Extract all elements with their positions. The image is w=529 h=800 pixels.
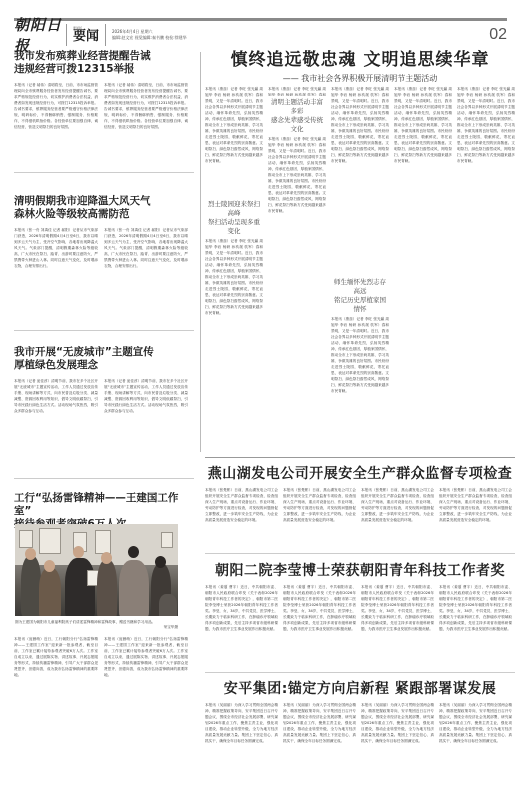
article-body: 本报讯（记者 郝伟）清明将至，日前，市市场监督管理局向全市殡葬服务经营者发布经营… <box>104 82 188 166</box>
photo-head <box>155 556 166 568</box>
photo-frame <box>39 528 61 554</box>
divider <box>14 172 194 173</box>
article-anping[interactable]: 安平集团:锚定方向启新程 紧跟部署谋发展 本报讯（吴丽丽）为深入学习贯彻全国两会… <box>205 678 515 800</box>
article-main[interactable]: 慎终追远敬忠魂 文明追思续华章 —— 我市社会各界积极开展清明节主题活动 <box>205 45 515 84</box>
masthead: 朝阳日报 要闻版 要闻 2026年4月4日 星期六 编辑:赵文宏 视觉编辑:秦书… <box>14 23 507 47</box>
article-body: 本报讯（姜蔓 曹宇）近日，中共朝阳市委、朝阳市人民政府联合印发《关于表彰2026… <box>361 584 434 669</box>
photo-caption-block: 图为王建国为朝阳市儿童福利院孩子们讲述雷锋精神和雷锋故事，赠送书籍和学习用品。 … <box>15 619 178 630</box>
article-yanshan[interactable]: 燕山湖发电公司开展安全生产群众监督专项检查 本报讯（张楚彬）日前，燕山湖发电公司… <box>205 463 515 545</box>
article-body: 本报讯（张一舟 刘禹佳 记者 郝阳）记者从市气象部门获悉，2026年清明假期4月… <box>14 227 98 327</box>
photo-head <box>73 546 84 558</box>
photo-person <box>65 558 95 616</box>
article-body: 本报讯（姜蔓 曹宇）近日，中共朝阳市委、朝阳市人民政府联合印发《关于表彰2026… <box>439 584 512 669</box>
article-headline: 工行“弘扬雷锋精神——王建国工作室” <box>14 492 194 518</box>
article-body: 本报讯（庞薇萌）近日，工行朝阳分行“弘扬雷锋精神——王建国工作室”迎来新一批参观… <box>14 636 98 786</box>
photo-person <box>39 568 61 616</box>
divider <box>205 457 515 458</box>
article-body: 本报讯（记者 郝伟）清明将至，日前，市市场监督管理局向全市殡葬服务经营者发布经营… <box>14 82 98 166</box>
article-headline: 我市开展“无废城市”主题宣传 <box>14 346 194 359</box>
article-body: 本报讯（姜蔓 曹宇）近日，中共朝阳市委、朝阳市人民政府联合印发《关于表彰2026… <box>205 584 278 669</box>
photo-head <box>25 548 36 560</box>
article-body: 本报讯（姜蔓 曹宇）近日，中共朝阳市委、朝阳市人民政府联合印发《关于表彰2026… <box>283 584 356 669</box>
article-body: 本报讯（记者 庞佳淳）清明节前，我市在多个社区开展“无废城市”主题宣传活动，工作… <box>14 378 98 468</box>
article-headline: 违规经营可拨12315举报 <box>14 63 194 76</box>
article-body: 本报讯（张楚彬）日前，燕山湖发电公司工会组织开展安全生产群众监督专项检查，检查组… <box>205 487 278 545</box>
article-body: 本报讯（张楚彬）日前，燕山湖发电公司工会组织开展安全生产群众监督专项检查，检查组… <box>283 487 356 545</box>
divider <box>14 478 194 479</box>
article-body: 本报讯（康蕊）记者 李旺 张光赢 周旭华 李岩 杨研 孙玖晟 杭军）春和景明，又… <box>205 86 263 198</box>
main-article-columns: 本报讯（康蕊）记者 李旺 张光赢 周旭华 李岩 杨研 孙玖晟 杭军）春和景明，又… <box>205 86 520 446</box>
main-headline: 慎终追远敬忠魂 文明追思续华章 <box>205 45 515 70</box>
divider <box>14 330 194 331</box>
divider <box>205 672 515 673</box>
article-body: 本报讯（记者 庞佳淳）清明节前，我市在多个社区开展“无废城市”主题宣传活动，工作… <box>104 378 188 468</box>
photo-frame <box>95 530 111 554</box>
article-body: 本报讯（康蕊）记者 李旺 张光赢 周旭华 李岩 杨研 孙玖晟 杭军）春和景明，又… <box>331 316 389 466</box>
photo-head <box>128 546 139 558</box>
photo-frame <box>19 530 33 548</box>
divider <box>205 553 515 554</box>
news-photo[interactable] <box>15 524 178 616</box>
article-body: 本报讯（康蕊）记者 李旺 张光赢 周旭华 李岩 杨研 孙玖晟 杭军）春和景明，又… <box>394 86 452 446</box>
article-body: 本报讯（康蕊）记者 李旺 张光赢 周旭华 李岩 杨研 孙玖晟 杭军）春和景明，又… <box>268 136 326 466</box>
column-divider <box>200 52 201 452</box>
photo-head <box>101 552 112 564</box>
article-body: 本报讯（康蕊）记者 李旺 张光赢 周旭华 李岩 杨研 孙玖晟 杭军）春和景明，又… <box>331 86 389 276</box>
article-body: 本报讯（张楚彬）日前，燕山湖发电公司工会组织开展安全生产群众监督专项检查，检查组… <box>361 487 434 545</box>
photo-caption: 图为王建国为朝阳市儿童福利院孩子们讲述雷锋精神和雷锋故事，赠送书籍和学习用品。 <box>15 619 178 625</box>
article-body: 本报讯（吴丽丽）为深入学习贯彻全国两会精神，精准把握政策导向，安平集团近日召开专… <box>361 702 434 800</box>
article-body: 本报讯（庞薇萌）近日，工行朝阳分行“弘扬雷锋精神——王建国工作室”迎来新一批参观… <box>104 636 188 746</box>
article-leifeng-body: 本报讯（庞薇萌）近日，工行朝阳分行“弘扬雷锋精神——王建国工作室”迎来新一批参观… <box>14 636 194 786</box>
article-body: 本报讯（吴丽丽）为深入学习贯彻全国两会精神，精准把握政策导向，安平集团近日召开专… <box>283 702 356 800</box>
article-headline: 朝阳二院李莹博士荣获朝阳青年科技工作者奖 <box>205 560 515 580</box>
article-body: 本报讯（康蕊）记者 李旺 张光赢 周旭华 李岩 杨研 孙玖晟 杭军）春和景明，又… <box>205 238 263 448</box>
article-headline: 燕山湖发电公司开展安全生产群众监督专项检查 <box>205 463 515 483</box>
section-title: 要闻 <box>73 30 99 44</box>
issue-info: 2026年4月4日 星期六 编辑:赵文宏 视觉编辑:秦书鹏 校检:徐建华 <box>112 29 187 41</box>
issue-editors: 编辑:赵文宏 视觉编辑:秦书鹏 校检:徐建华 <box>112 35 187 41</box>
subheading: 清明主题活动丰富多彩 感念先辈感受传统文化 <box>268 98 326 134</box>
article-body: 本报讯（张楚彬）日前，燕山湖发电公司工会组织开展安全生产群众监督专项检查，检查组… <box>439 487 512 545</box>
subheading: 烈士陵园迎来祭扫高峰 祭扫活动呈现多重变化 <box>205 200 263 236</box>
main-subheadline: —— 我市社会各界积极开展清明节主题活动 <box>205 73 515 84</box>
photo-head <box>44 560 55 572</box>
article-wastefree[interactable]: 我市开展“无废城市”主题宣传 厚植绿色发展理念 本报讯（记者 庞佳淳）清明节前，… <box>14 346 194 468</box>
photo-person <box>21 556 41 616</box>
article-headline: 清明假期我市迎降温大风天气 <box>14 195 194 208</box>
article-funeral[interactable]: 我市发布殡葬业经营提醒告诫 违规经营可拨12315举报 本报讯（记者 郝伟）清明… <box>14 50 194 166</box>
article-headline: 厚植绿色发展理念 <box>14 359 194 372</box>
photo-person <box>97 560 117 616</box>
photo-person <box>159 594 177 616</box>
article-body: 本报讯（张一舟 刘禹佳 记者 郝阳）记者从市气象部门获悉，2026年清明假期4月… <box>104 227 188 327</box>
article-chaoyang2[interactable]: 朝阳二院李莹博士荣获朝阳青年科技工作者奖 本报讯（姜蔓 曹宇）近日，中共朝阳市委… <box>205 560 515 669</box>
article-headline: 森林火险等级较高需防范 <box>14 208 194 221</box>
article-body: 本报讯（吴丽丽）为深入学习贯彻全国两会精神，精准把握政策导向，安平集团近日召开专… <box>439 702 512 800</box>
article-headline: 安平集团:锚定方向启新程 紧跟部署谋发展 <box>205 678 515 698</box>
subheading: 师生缅怀先烈志存高远 铭记历史厚植家国情怀 <box>331 278 389 314</box>
section-label: 要闻版 要闻 <box>66 24 106 46</box>
masthead-rule <box>14 18 507 21</box>
page-number: 02 <box>489 26 507 44</box>
article-body: 本报讯（康蕊）记者 李旺 张光赢 周旭华 李岩 杨研 孙玖晟 杭军）春和景明，又… <box>457 86 515 446</box>
photo-person <box>119 560 149 616</box>
article-body: 本报讯（吴丽丽）为深入学习贯彻全国两会精神，精准把握政策导向，安平集团近日召开专… <box>205 702 278 800</box>
article-weather[interactable]: 清明假期我市迎降温大风天气 森林火险等级较高需防范 本报讯（张一舟 刘禹佳 记者… <box>14 195 194 327</box>
article-headline: 我市发布殡葬业经营提醒告诫 <box>14 50 194 63</box>
photo-credit: 荣宝华摄 <box>15 625 178 630</box>
article-body: 本报讯（康蕊）记者 李旺 张光赢 周旭华 李岩 杨研 孙玖晟 杭军）春和景明，又… <box>268 86 326 96</box>
photo-frame <box>161 532 173 548</box>
